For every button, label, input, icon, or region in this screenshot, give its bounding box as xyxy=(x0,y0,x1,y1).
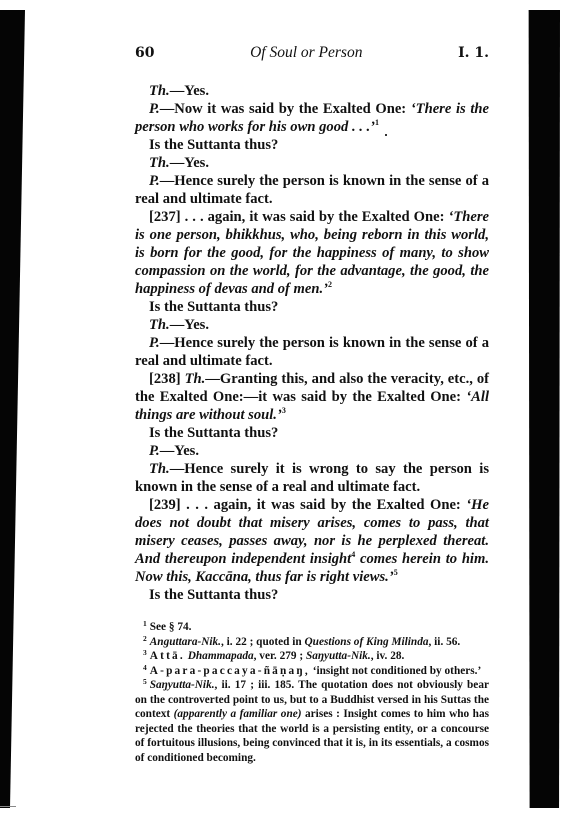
running-title: Of Soul or Person xyxy=(250,44,362,62)
footnote-ref[interactable]: 1 xyxy=(375,118,379,127)
paragraph: [239] . . . again, it was said by the Ex… xyxy=(135,496,489,586)
paragraph: [238] Th.—Granting this, and also the ve… xyxy=(135,370,489,424)
footnote-mark: 3 xyxy=(143,648,147,657)
paragraph: Is the Suttanta thus? xyxy=(135,298,489,316)
paragraph: [237] . . . again, it was said by the Ex… xyxy=(135,208,489,298)
paragraph: Th.—Hence surely it is wrong to say the … xyxy=(135,460,489,496)
section-ref: [239] xyxy=(149,497,181,513)
body-text: Th.—Yes. P.—Now it was said by the Exalt… xyxy=(135,82,489,604)
section-ref: [238] xyxy=(149,371,181,387)
footnote: 4A-para-paccaya-ñāṇaŋ, ‘insight not cond… xyxy=(135,664,489,679)
paragraph: Th.—Yes. xyxy=(135,316,489,334)
paragraph: Th.—Yes. xyxy=(135,82,489,100)
scan-edge-right xyxy=(528,10,560,808)
book-page: 60 Of Soul or Person I. 1. Th.—Yes. P.—N… xyxy=(135,44,489,765)
footnote-mark: 4 xyxy=(143,663,147,672)
footnote-mark: 2 xyxy=(143,634,147,643)
paragraph: P.—Yes. xyxy=(135,442,489,460)
paragraph: Is the Suttanta thus? xyxy=(135,136,489,154)
footnote-ref[interactable]: 2 xyxy=(328,280,332,289)
footnote-ref[interactable]: 5 xyxy=(394,568,398,577)
footnote-mark: 1 xyxy=(143,619,147,628)
page-number: 60 xyxy=(135,45,154,61)
paragraph: P.—Hence surely the person is known in t… xyxy=(135,172,489,208)
paragraph: Is the Suttanta thus? xyxy=(135,586,489,604)
footnote: 3Attā. Dhammapada, ver. 279 ; Saŋyutta-N… xyxy=(135,649,489,664)
running-head: 60 Of Soul or Person I. 1. xyxy=(135,44,489,66)
paragraph: P.—Now it was said by the Exalted One: ‘… xyxy=(135,100,489,136)
footnote-mark: 5 xyxy=(143,677,147,686)
scan-edge-left-rule xyxy=(0,806,16,807)
footnotes: 1See § 74. 2Anguttara-Nik., i. 22 ; quot… xyxy=(135,620,489,765)
footnote: 1See § 74. xyxy=(135,620,489,635)
paragraph: Is the Suttanta thus? xyxy=(135,424,489,442)
footnote-ref[interactable]: 3 xyxy=(282,406,286,415)
footnote: 2Anguttara-Nik., i. 22 ; quoted in Quest… xyxy=(135,635,489,650)
footnote: 5Saŋyutta-Nik., ii. 17 ; iii. 185. The q… xyxy=(135,678,489,765)
paragraph: P.—Hence surely the person is known in t… xyxy=(135,334,489,370)
scan-edge-left xyxy=(0,10,25,808)
section-ref: [237] xyxy=(149,209,181,225)
paragraph: Th.—Yes. xyxy=(135,154,489,172)
section-number: I. 1. xyxy=(458,45,489,61)
